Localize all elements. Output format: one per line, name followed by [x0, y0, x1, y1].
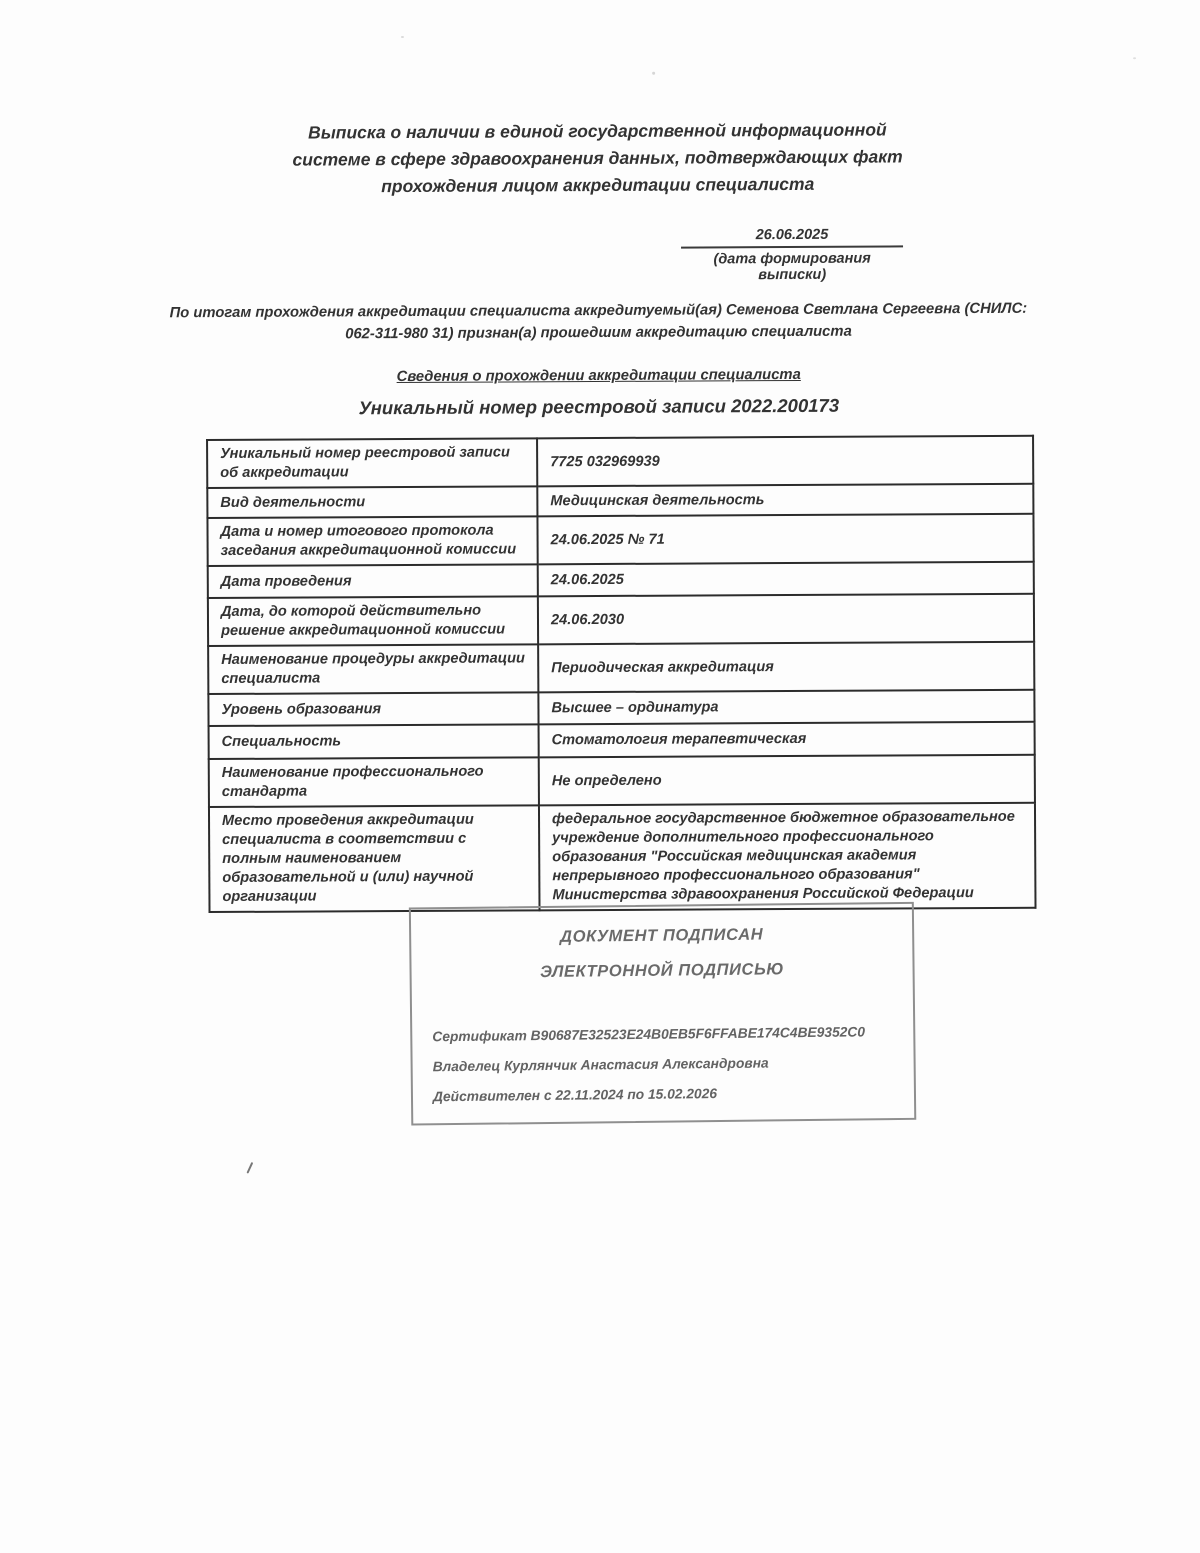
row-value: федеральное государственное бюджетное об…	[539, 803, 1036, 911]
document-title: Выписка о наличии в единой государственн…	[97, 115, 1097, 201]
extract-date-caption: (дата формирования выписки)	[681, 247, 903, 283]
table-row: Дата, до которой действительно решение а…	[208, 594, 1034, 646]
scan-speck	[401, 36, 404, 38]
row-value: Стоматология терапевтическая	[539, 722, 1035, 758]
extract-date: 26.06.2025	[681, 226, 903, 248]
table-row: Дата и номер итогового протокола заседан…	[207, 514, 1033, 566]
signature-validity: Действителен с 22.11.2024 по 15.02.2026	[433, 1084, 898, 1104]
table-row: Место проведения аккредитации специалист…	[209, 803, 1036, 912]
accreditation-table: Уникальный номер реестровой записи об ак…	[206, 435, 1036, 913]
row-value: 24.06.2025	[538, 562, 1034, 597]
registry-number-heading: Уникальный номер реестровой записи 2022.…	[0, 393, 1199, 421]
signature-heading-line1: ДОКУМЕНТ ПОДПИСАН	[411, 924, 912, 949]
table-row: Специальность Стоматология терапевтическ…	[209, 722, 1035, 759]
scan-artifact-mark	[246, 1162, 253, 1174]
row-label: Уникальный номер реестровой записи об ак…	[207, 438, 537, 488]
row-value: Периодическая аккредитация	[538, 642, 1034, 693]
scan-speck	[1133, 57, 1136, 59]
row-value: 24.06.2025 № 71	[537, 514, 1033, 565]
row-label: Специальность	[209, 724, 539, 759]
row-value: Медицинская деятельность	[537, 484, 1033, 517]
electronic-signature-stamp: ДОКУМЕНТ ПОДПИСАН ЭЛЕКТРОННОЙ ПОДПИСЬЮ С…	[409, 902, 916, 1126]
table-row: Уникальный номер реестровой записи об ак…	[207, 436, 1033, 488]
row-label: Дата, до которой действительно решение а…	[208, 596, 538, 646]
row-value: 7725 032969939	[537, 436, 1033, 487]
scan-content: Выписка о наличии в единой государственн…	[0, 0, 1200, 1553]
row-label: Наименование процедуры аккредитации спец…	[208, 644, 538, 694]
signature-details: Сертификат B90687E32523E24B0EB5F6FFABE17…	[432, 1024, 898, 1104]
table-row: Вид деятельности Медицинская деятельност…	[207, 484, 1033, 518]
date-block: 26.06.2025 (дата формирования выписки)	[681, 226, 903, 283]
signature-heading-line2: ЭЛЕКТРОННОЙ ПОДПИСЬЮ	[411, 959, 912, 984]
row-value: Высшее – ординатура	[538, 690, 1034, 725]
intro-paragraph: По итогам прохождения аккредитации специ…	[118, 297, 1078, 346]
table-row: Наименование профессионального стандарта…	[209, 755, 1035, 807]
row-value: 24.06.2030	[538, 594, 1034, 645]
row-label: Дата проведения	[208, 564, 538, 598]
row-label: Дата и номер итогового протокола заседан…	[207, 516, 537, 566]
row-label: Место проведения аккредитации специалист…	[209, 805, 540, 912]
signature-owner: Владелец Курлянчик Анастасия Александров…	[433, 1054, 898, 1074]
signature-certificate: Сертификат B90687E32523E24B0EB5F6FFABE17…	[432, 1024, 897, 1044]
row-label: Уровень образования	[208, 692, 538, 726]
row-label: Вид деятельности	[207, 486, 537, 518]
table-row: Наименование процедуры аккредитации спец…	[208, 642, 1034, 694]
row-value: Не определено	[539, 755, 1035, 806]
scan-speck	[652, 72, 655, 75]
row-label: Наименование профессионального стандарта	[209, 757, 539, 807]
table-row: Дата проведения 24.06.2025	[208, 562, 1034, 598]
scanned-document-page: Выписка о наличии в единой государственн…	[0, 0, 1200, 1553]
section-heading: Сведения о прохождении аккредитации спец…	[0, 365, 1199, 387]
table-row: Уровень образования Высшее – ординатура	[208, 690, 1034, 726]
